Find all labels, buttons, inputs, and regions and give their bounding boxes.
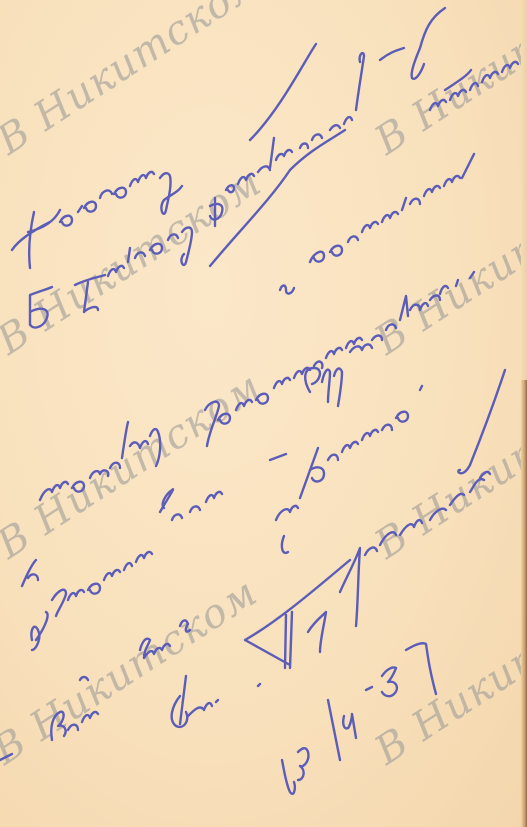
- document-page: В Никитском В Никитском В Никитском В Ни…: [0, 0, 527, 827]
- handwriting-ink: [0, 0, 527, 827]
- page-edge-top: [521, 0, 527, 380]
